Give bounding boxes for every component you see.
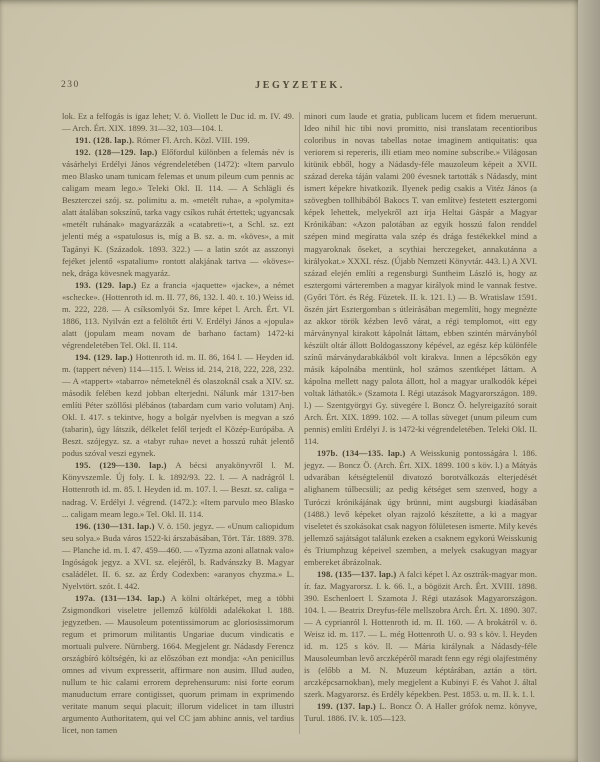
note-number: 197a. (131—134. lap.)	[75, 593, 171, 603]
note-number: 199. (137. lap.)	[317, 701, 379, 711]
page-title: JEGYZETEK.	[62, 80, 538, 91]
note-paragraph: 197b. (134—135. lap.) A Weisskunig ponto…	[304, 447, 537, 567]
left-column: lok. Ez a felfogás is igaz lehet; V. ö. …	[62, 110, 294, 736]
note-paragraph: minori cum laude et gratia, publicam luc…	[304, 110, 537, 447]
note-number: 194. (129. lap.)	[75, 352, 136, 362]
note-number: 198. (135—137. lap.)	[317, 569, 399, 579]
note-paragraph: 197a. (131—134. lap.) A kölni oltárképet…	[62, 592, 294, 737]
note-number: 193. (129. lap.)	[75, 280, 141, 290]
note-paragraph: 193. (129. lap.) Ez a francia «jaquette»…	[62, 279, 294, 351]
column-divider-rule	[299, 112, 300, 734]
right-column: minori cum laude et gratia, publicam luc…	[304, 110, 537, 736]
note-paragraph: lok. Ez a felfogás is igaz lehet; V. ö. …	[62, 110, 294, 134]
note-number: 197b. (134—135. lap.)	[317, 448, 410, 458]
note-paragraph: 196. (130—131. lap.) V. ö. 150. jegyz. —…	[62, 520, 294, 592]
note-paragraph: 199. (137. lap.) L. Boncz Ö. A Haller gr…	[304, 700, 537, 724]
page-edge-shadow	[578, 0, 600, 762]
scanned-book-page: 230 JEGYZETEK. lok. Ez a felfogás is iga…	[0, 0, 578, 762]
note-number: 192. (128—129. lap.)	[75, 147, 161, 157]
note-paragraph: 191. (128. lap.). Rómer Fl. Arch. Közl. …	[62, 134, 294, 146]
note-paragraph: 195. (129—130. lap.) A bécsi anyakönyvrő…	[62, 459, 294, 519]
text-block: lok. Ez a felfogás is igaz lehet; V. ö. …	[62, 110, 538, 736]
note-number: 196. (130—131. lap.)	[75, 521, 157, 531]
note-paragraph: 192. (128—129. lap.) Előfordul különben …	[62, 146, 294, 279]
two-column-layout: lok. Ez a felfogás is igaz lehet; V. ö. …	[62, 110, 538, 736]
note-number: 195. (129—130. lap.)	[75, 460, 175, 470]
note-number: 191. (128. lap.).	[75, 135, 137, 145]
note-paragraph: 194. (129. lap.) Hottenroth id. m. II. 8…	[62, 351, 294, 459]
note-paragraph: 198. (135—137. lap.) A falci képet l. Az…	[304, 568, 537, 701]
